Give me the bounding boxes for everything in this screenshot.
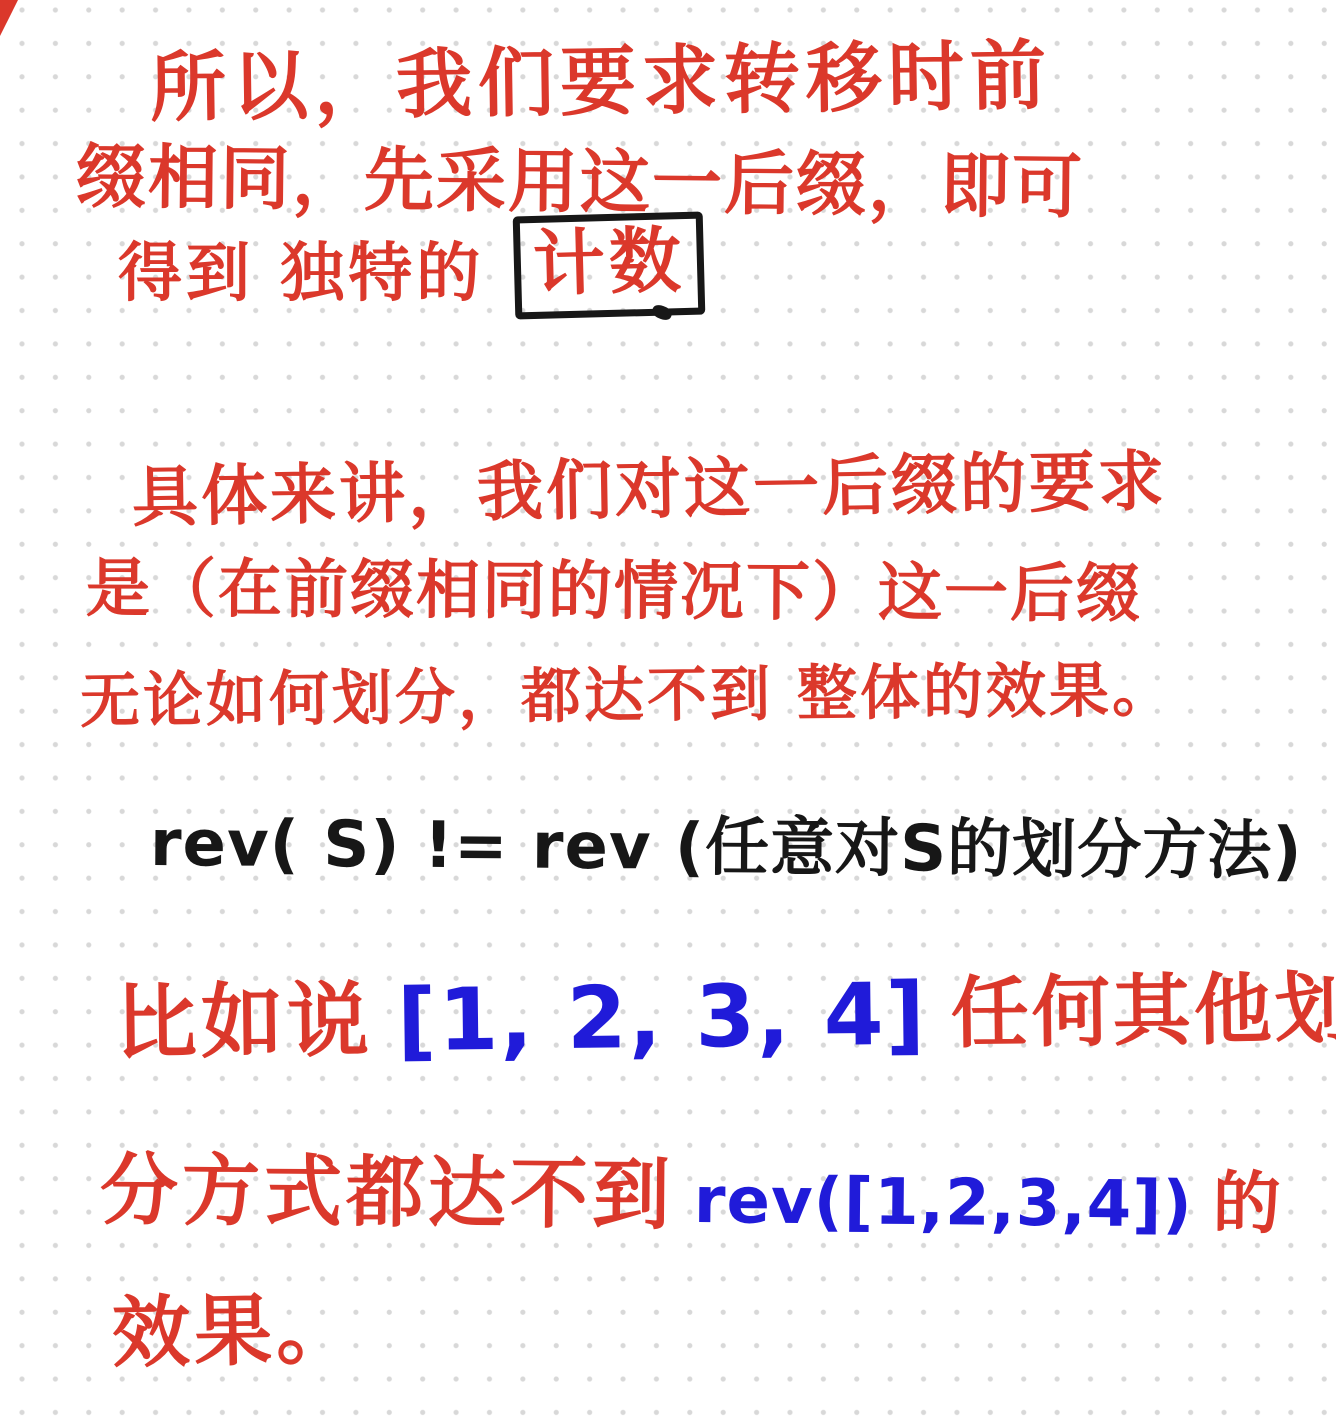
paragraph2-line1: 具体来讲，我们对这一后缀的要求 [131, 444, 1167, 536]
example-line2: 分方式都达不到 rev([1,2,3,4]) 的 [100, 1147, 1282, 1247]
paragraph1-line3: 得到 独特的 计数 [118, 238, 704, 341]
example-line1: 比如说 [1, 2, 3, 4] 任何其他划 [114, 960, 1336, 1074]
example-line1-red-prefix: 比如说 [114, 975, 373, 1072]
example-line1-red-suffix: 任何其他划 [950, 965, 1336, 1060]
paragraph2-line3: 无论如何划分，都达不到 整体的效果。 [80, 656, 1176, 736]
red-corner-mark [0, 0, 18, 36]
boxed-term: 计数 [532, 218, 686, 306]
example-line2-blue-expression: rev([1,2,3,4]) [694, 1165, 1193, 1243]
example-line1-blue-array: [1, 2, 3, 4] [396, 966, 927, 1071]
example-line2-red-suffix: 的 [1212, 1166, 1281, 1245]
note-page: 所以，我们要求转移时前 缀相同，先采用这一后缀，即可 得到 独特的 计数 具体来… [0, 0, 1336, 1426]
paragraph2-line2: 是（在前缀相同的情况下）这一后缀 [86, 553, 1142, 632]
paragraph1-line1: 所以，我们要求转移时前 [149, 32, 1052, 132]
example-line2-red-prefix: 分方式都达不到 [100, 1147, 675, 1242]
highlight-box: 计数 [513, 212, 706, 320]
example-line3: 效果。 [111, 1286, 359, 1380]
formula-line: rev( S) != rev (任意对S的划分方法) [150, 808, 1303, 890]
paragraph1-line3-text: 得到 独特的 [118, 238, 484, 312]
